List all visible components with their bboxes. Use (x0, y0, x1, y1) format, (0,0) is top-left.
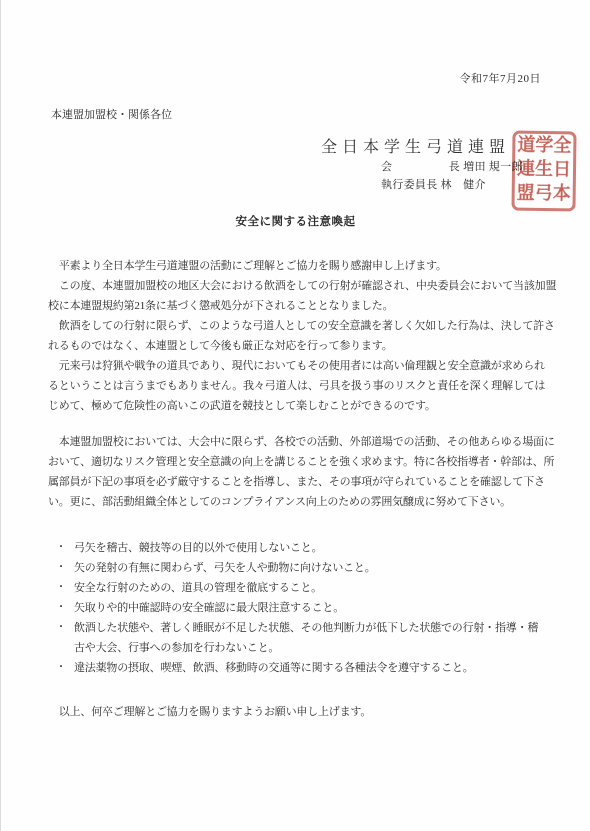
list-item: ・ 矢の発射の有無に関わらず、弓矢を人や動物に向けないこと。 (48, 558, 548, 578)
sender-org-name: 全日本学生弓道連盟 (321, 138, 523, 158)
bullet-marker: ・ (48, 618, 74, 638)
bullet-marker: ・ (48, 538, 74, 558)
body-line: この度、本連盟加盟校の地区大会における飲酒をしての行射が確認され、中央委員会にお… (48, 276, 548, 296)
bullet-marker: ・ (48, 598, 74, 618)
list-item: ・ 矢取りや的中確認時の安全確認に最大限注意すること。 (48, 598, 548, 618)
sender-block: 全日本学生弓道連盟 会 長 増田 規一郎 執行委員長 林 健介 (321, 138, 523, 194)
paragraph-3: 飲酒をしての行射に限らず、このような弓道人としての安全意識を著しく欠如した行為は… (48, 316, 548, 356)
body-line: れるものではなく、本連盟として今後も厳正な対応を行って参ります。 (48, 336, 548, 356)
list-item: ・ 安全な行射のための、道具の管理を徹底すること。 (48, 578, 548, 598)
document-body: 平素より全日本学生弓道連盟の活動にご理解とご協力を賜り感謝申し上げます。 この度… (48, 256, 548, 722)
bullet-marker: ・ (48, 658, 74, 678)
body-line: じめて、極めて危険性の高いこの武道を競技として楽しむことができるのです。 (48, 396, 548, 416)
body-line: 元来弓は狩猟や戦争の道具であり、現代においてもその使用者には高い倫理観と安全意識… (48, 356, 548, 376)
list-item-text: 弓矢を稽古、競技等の目的以外で使用しないこと。 (74, 538, 548, 558)
body-line: 本連盟加盟校においては、大会中に限らず、各校での活動、外部道場での活動、その他あ… (48, 432, 548, 452)
seal-column-middle: 学生弓 (533, 135, 552, 207)
list-item-text: 矢取りや的中確認時の安全確認に最大限注意すること。 (74, 598, 548, 618)
addressee: 本連盟加盟校・関係各位 (51, 106, 172, 122)
body-line: い。更に、部活動組織全体としてのコンプライアンス向上のための雰囲気醸成に努めて下… (48, 492, 548, 512)
paragraph-1: 平素より全日本学生弓道連盟の活動にご理解とご協力を賜り感謝申し上げます。 (48, 256, 548, 276)
body-line: おいて、適切なリスク管理と安全意識の向上を講じることを強く求めます。特に各校指導… (48, 452, 548, 472)
paragraph-4: 元来弓は狩猟や戦争の道具であり、現代においてもその使用者には高い倫理観と安全意識… (48, 356, 548, 416)
list-item-text: 安全な行射のための、道具の管理を徹底すること。 (74, 578, 548, 598)
list-item-text: 飲酒した状態や、著しく睡眠が不足した状態、その他判断力が低下した状態での行射・指… (74, 618, 548, 658)
chair-line: 執行委員長 林 健介 (381, 176, 523, 194)
body-line: 校に本連盟規約第21条に基づく懲戒処分が下されることとなりました。 (48, 296, 548, 316)
bullet-marker: ・ (48, 558, 74, 578)
bullet-marker: ・ (48, 578, 74, 598)
document-page: 令和7年7月20日 本連盟加盟校・関係各位 全日本学生弓道連盟 会 長 増田 規… (0, 0, 590, 831)
seal-column-right: 全日本 (551, 135, 570, 207)
list-item-text: 矢の発射の有無に関わらず、弓矢を人や動物に向けないこと。 (74, 558, 548, 578)
subject-title: 安全に関する注意喚起 (1, 213, 590, 229)
date-text: 令和7年7月20日 (460, 70, 542, 86)
list-item: ・ 飲酒した状態や、著しく睡眠が不足した状態、その他判断力が低下した状態での行射… (48, 618, 548, 658)
closing-line: 以上、何卒ご理解とご協力を賜りますようお願い申し上げます。 (48, 702, 548, 722)
paragraph-2: この度、本連盟加盟校の地区大会における飲酒をしての行射が確認され、中央委員会にお… (48, 276, 548, 316)
body-line: るということは言うまでもありません。我々弓道人は、弓具を扱う事のリスクと責任を深… (48, 376, 548, 396)
president-line: 会 長 増田 規一郎 (381, 158, 523, 176)
body-line: 飲酒をしての行射に限らず、このような弓道人としての安全意識を著しく欠如した行為は… (48, 316, 548, 336)
paragraph-5: 本連盟加盟校においては、大会中に限らず、各校での活動、外部道場での活動、その他あ… (48, 432, 548, 512)
body-line: 属部員が下記の事項を必ず厳守することを指導し、また、その事項が守られていることを… (48, 472, 548, 492)
body-line: 平素より全日本学生弓道連盟の活動にご理解とご協力を賜り感謝申し上げます。 (48, 256, 548, 276)
rules-list: ・ 弓矢を稽古、競技等の目的以外で使用しないこと。 ・ 矢の発射の有無に関わらず… (48, 538, 548, 678)
list-item: ・ 弓矢を稽古、競技等の目的以外で使用しないこと。 (48, 538, 548, 558)
list-item-text: 違法薬物の摂取、喫煙、飲酒、移動時の交通等に関する各種法令を遵守すること。 (74, 658, 548, 678)
list-item: ・ 違法薬物の摂取、喫煙、飲酒、移動時の交通等に関する各種法令を遵守すること。 (48, 658, 548, 678)
